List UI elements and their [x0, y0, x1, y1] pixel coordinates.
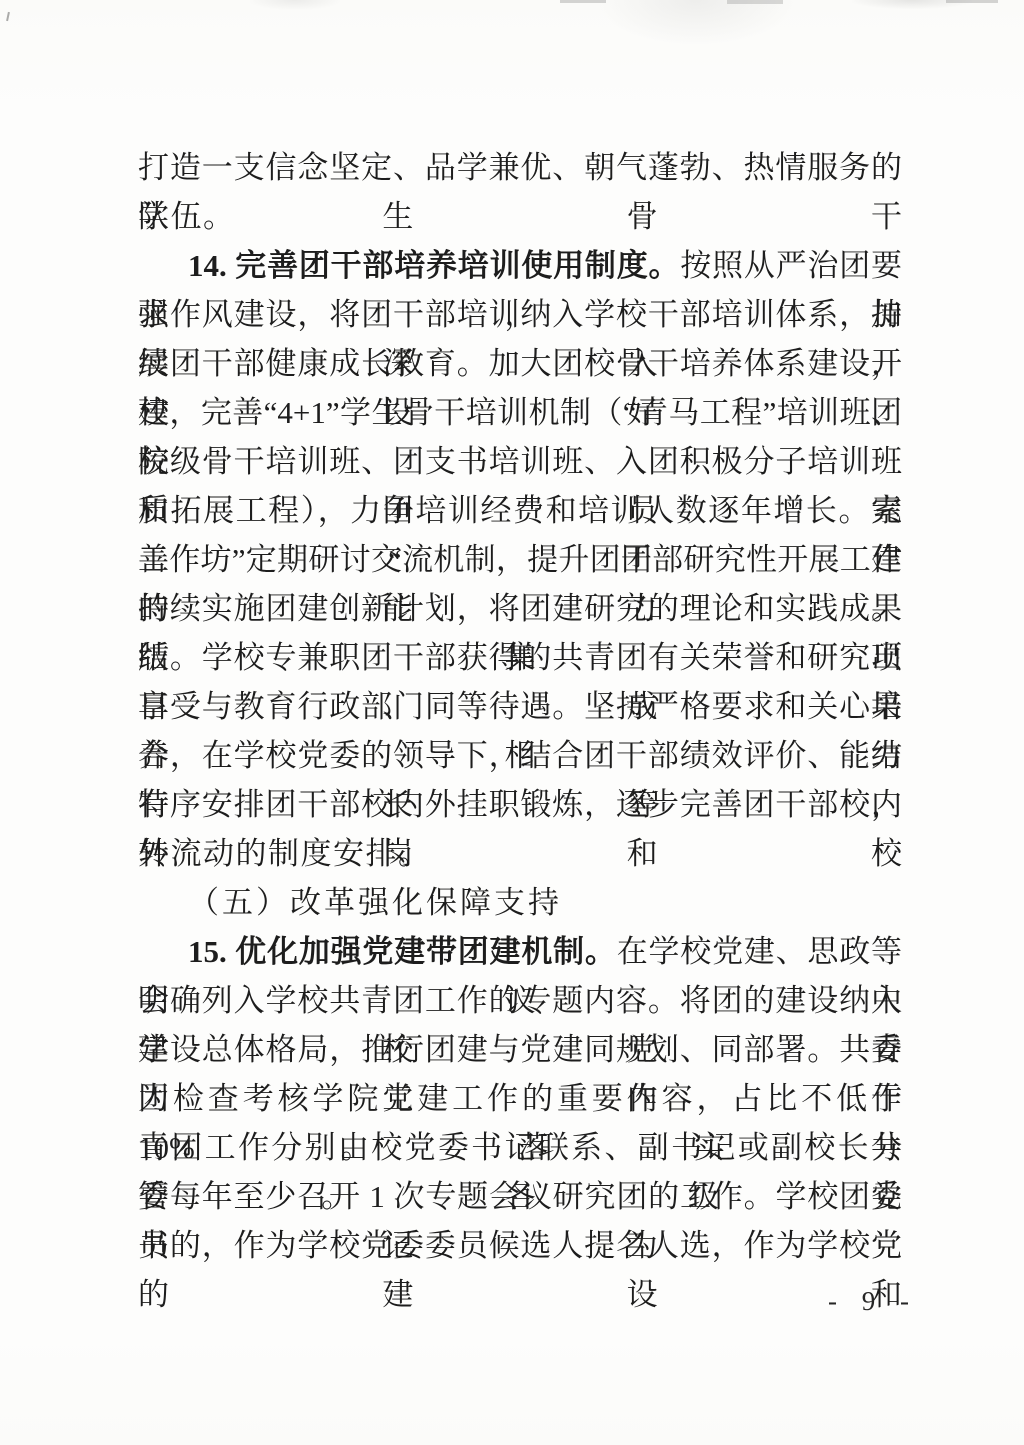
heading-label: 14. 完善团干部培养培训使用制度。 — [188, 248, 680, 283]
page-number: - 9 - — [828, 1286, 918, 1317]
scan-smudge — [596, 0, 796, 46]
heading-15: 15. 优化加强党建带团建机制。在学校党建、思政等会议中 — [138, 927, 902, 976]
text-line: 委每年至少召开 1 次专题会议研究团的工作。学校团委书记为党 — [138, 1172, 902, 1221]
scan-mark — [560, 0, 606, 3]
text-line: 有序安排团干部校内外挂职锻炼，逐步完善团干部校内转岗和校 — [138, 780, 902, 829]
line-text: 打造一支信念坚定、品学兼优、朝气蓬勃、热情服务的学生骨干 — [138, 150, 902, 234]
text-line: 版。学校专兼职团干部获得的共青团有关荣誉和研究项目、成果 — [138, 633, 902, 682]
text-line: 青团工作分别由校党委书记联系、副书记或副校长分管。各级党 — [138, 1123, 902, 1172]
line-text: 员的，作为学校党委委员候选人提名人选，作为学校党的建设和 — [138, 1228, 902, 1312]
section-header-5: （五）改革强化保障支持 — [138, 878, 902, 927]
text-line: 建设总体格局，推行团建与党建同规划、同部署。共青团工作作 — [138, 1025, 902, 1074]
text-line: 工作坊”定期研讨交流机制，提升团干部研究性开展工作的能力。 — [138, 535, 902, 584]
document-page: 打造一支信念坚定、品学兼优、朝气蓬勃、热情服务的学生骨干 队伍。 14. 完善团… — [0, 0, 1024, 1445]
text-line: 明确列入学校共青团工作的专题内容。将团的建设纳入学校党委 — [138, 976, 902, 1025]
heading-14: 14. 完善团干部培养培训使用制度。按照从严治团要求，加 — [138, 241, 902, 290]
line-text: （五）改革强化保障支持 — [188, 885, 562, 920]
text-line: 打造一支信念坚定、品学兼优、朝气蓬勃、热情服务的学生骨干 — [138, 143, 902, 192]
line-text: 外流动的制度安排。 — [138, 836, 431, 871]
document-body: 打造一支信念坚定、品学兼优、朝气蓬勃、热情服务的学生骨干 队伍。 14. 完善团… — [138, 143, 902, 1270]
scan-smudge — [852, 0, 972, 9]
line-text: 队伍。 — [138, 199, 236, 234]
scan-mark — [727, 0, 783, 4]
text-line: 质拓展工程），力争培训经费和培训人数逐年增长。完善“团建 — [138, 486, 902, 535]
text-line: 持续实施团建创新计划，将团建研究的理论和实践成果结集出 — [138, 584, 902, 633]
scan-mark — [946, 0, 998, 3]
text-line: 院级骨干培训班、团支书培训班、入团积极分子培训班和团员素 — [138, 437, 902, 486]
text-line: 强作风建设，将团干部培训纳入学校干部培训体系，持续深入开 — [138, 290, 902, 339]
text-line: 展团干部健康成长教育。加大团校骨干培养体系建设，建设好团 — [138, 339, 902, 388]
scan-mark — [6, 12, 10, 21]
text-line: 校，完善“4+1”学生骨干培训机制（“青马工程”培训班、校 — [138, 388, 902, 437]
scan-smudge — [250, 0, 340, 10]
text-line: 合，在学校党委的领导下，结合团干部绩效评价、能力特长等， — [138, 731, 902, 780]
text-line: 为检查考核学院党建工作的重要内容，占比不低于 10%。落实共 — [138, 1074, 902, 1123]
heading-label: 15. 优化加强党建带团建机制。 — [188, 934, 617, 969]
text-line: 享受与教育行政部门同等待遇。坚持严格要求和关心培养相结 — [138, 682, 902, 731]
text-line: 员的，作为学校党委委员候选人提名人选，作为学校党的建设和 — [138, 1221, 902, 1270]
